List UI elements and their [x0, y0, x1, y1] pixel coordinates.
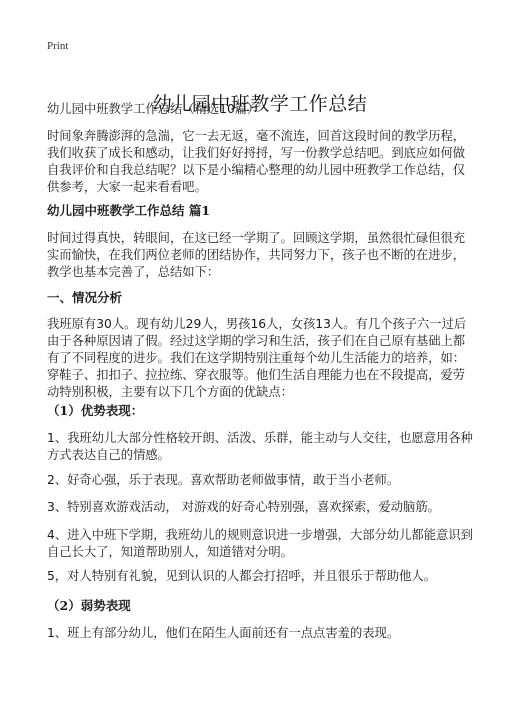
strengths-heading: （1）优势表现： — [47, 402, 477, 419]
section-heading-situation-analysis: 一、情况分析 — [47, 289, 477, 306]
strength-item: 4、进入中班下学期，我班幼儿的规则意识进一步增强，大部分幼儿都能意识到自己长大了… — [47, 527, 477, 561]
weakness-item: 1、班上有部分幼儿，他们在陌生人面前还有一点点害羞的表现。 — [47, 625, 477, 642]
article-intro-paragraph: 时间过得真快，转眼间，在这已经一学期了。回顾这学期，虽然很忙碌但很充实而愉快，在… — [47, 230, 477, 281]
document-subtitle: 幼儿园中班教学工作总结（精选10篇） — [47, 101, 477, 118]
article-heading: 幼儿园中班教学工作总结 篇1 — [47, 202, 477, 219]
weaknesses-heading: （2）弱势表现 — [47, 597, 477, 614]
strength-item: 2、好奇心强，乐于表现。喜欢帮助老师做事情，敢于当小老师。 — [47, 472, 477, 489]
strength-item: 5，对人特别有礼貌，见到认识的人都会打招呼，并且很乐于帮助他人。 — [47, 568, 477, 585]
situation-analysis-paragraph: 我班原有30人。现有幼儿29人，男孩16人，女孩13人。有几个孩子六一过后由于各… — [47, 316, 477, 401]
intro-paragraph: 时间象奔腾澎湃的急湍，它一去无返，毫不流连，回首这段时间的教学历程，我们收获了成… — [47, 128, 477, 196]
strength-item: 1、我班幼儿大部分性格较开朗、活泼、乐群，能主动与人交往，也愿意用各种方式表达自… — [47, 430, 477, 464]
print-label: Print — [47, 40, 68, 52]
strength-item: 3、特别喜欢游戏活动， 对游戏的好奇心特别强，喜欢探索，爱动脑筋。 — [47, 499, 477, 516]
